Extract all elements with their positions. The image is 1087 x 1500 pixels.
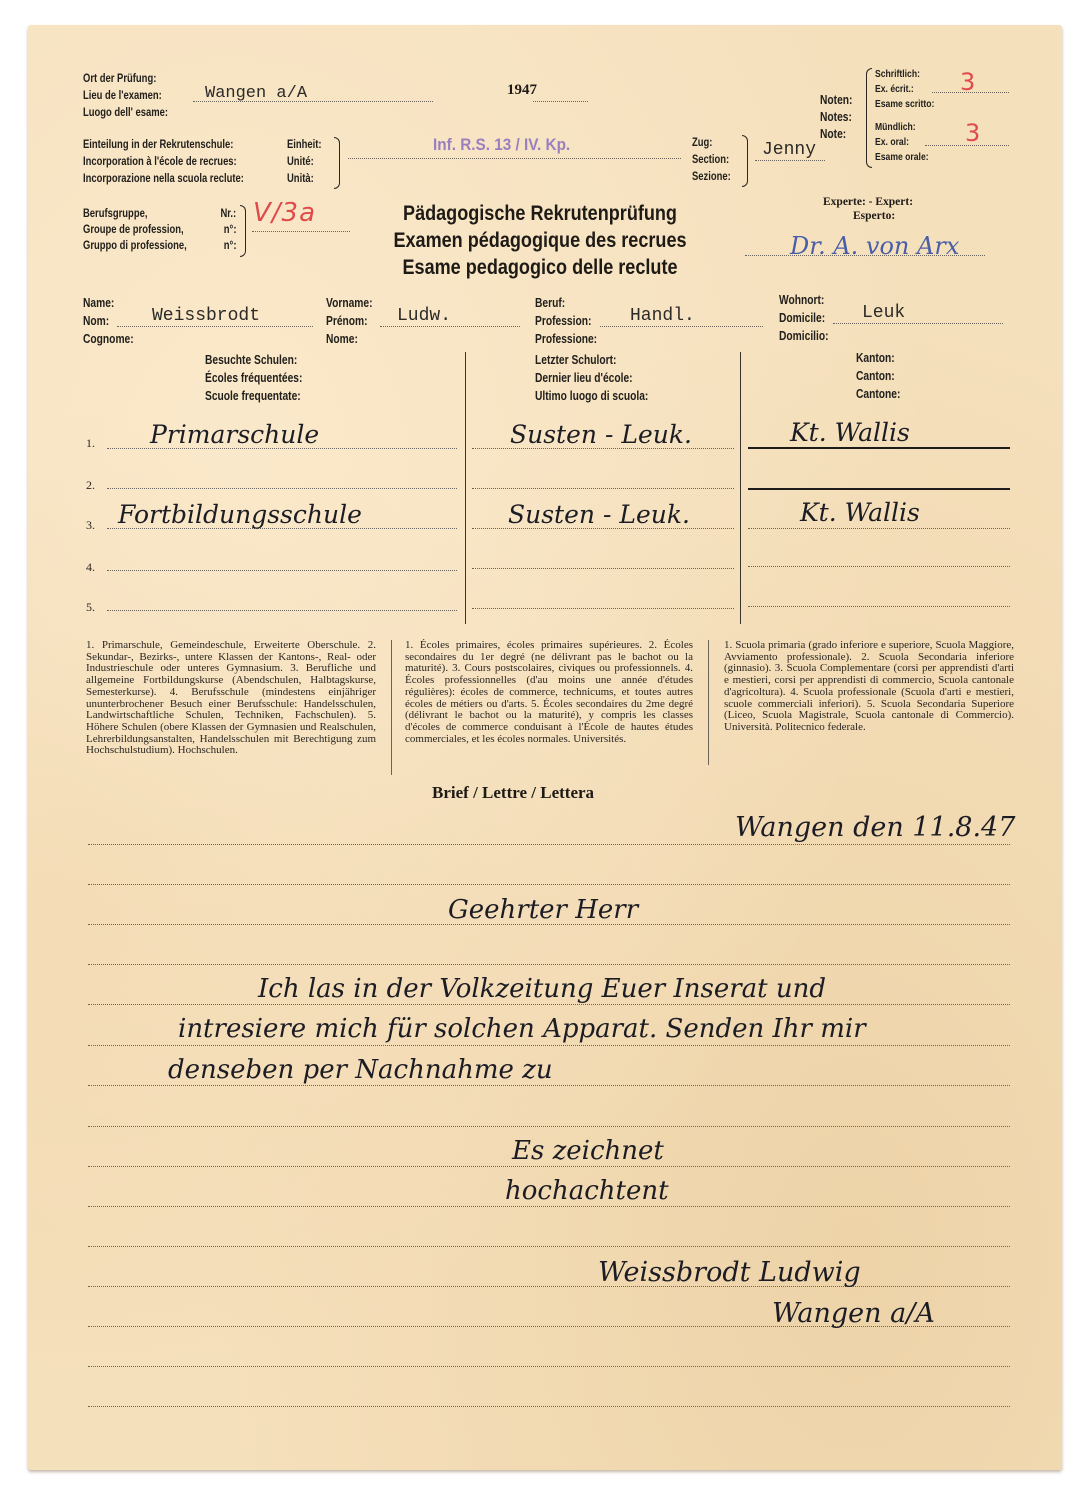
grades-brace [866,68,872,168]
expert-label-line1: Experte: - Expert: [823,196,913,208]
profession-line [600,326,763,327]
last-place-header-it: Ultimo luogo di scuola: [535,388,648,405]
unit-line [348,158,681,159]
canton-header-de: Kanton: [856,350,895,367]
first-name-label-de: Vorname: [326,295,373,312]
schools-column-divider-2 [740,352,741,624]
name-line [117,326,313,327]
oral-label-de: Mündlich: [875,120,916,134]
letter-line[interactable] [88,1004,1010,1005]
domicile-line [833,323,1003,324]
form-title-fr: Examen pédagogique des recrues [359,227,720,254]
school-row-3-place[interactable]: Susten - Leuk. [508,500,690,529]
profession-group-label-it: Gruppo di professione, [83,239,187,255]
name-value[interactable]: Weissbrodt [152,306,260,326]
profession-value[interactable]: Handl. [630,306,695,326]
school-row-5-place-line[interactable] [472,608,734,609]
unit-brace [334,137,340,189]
letter-heading: Brief / Lettre / Lettera [432,783,594,803]
zug-line [755,160,825,161]
school-row-1-canton[interactable]: Kt. Wallis [790,418,910,447]
profession-group-line [252,231,350,232]
grades-label-fr: Notes: [820,109,852,126]
unit-label-fr: Incorporation à l'école de recrues: [83,155,237,171]
schools-header-de: Besuchte Schulen: [205,352,297,369]
exam-place-label-it: Luogo dell' esame: [83,106,168,122]
first-name-value[interactable]: Ludw. [397,306,451,326]
written-label-de: Schriftlich: [875,67,920,81]
oral-label-fr: Ex. oral: [875,135,909,149]
letter-line[interactable] [88,844,1010,845]
school-row-4-canton-line[interactable] [748,566,1010,567]
expert-label-line2: Esperto: [853,210,895,222]
letter-line[interactable] [88,884,1010,885]
school-row-4-place-line[interactable] [472,568,734,569]
footnote-divider-1 [391,640,392,775]
school-row-3-school[interactable]: Fortbildungsschule [118,500,362,529]
canton-row-1-rule [748,447,1010,449]
exam-place-value[interactable]: Wangen a/A [205,84,307,103]
letter-line[interactable] [88,1286,1010,1287]
letter-line[interactable] [88,964,1010,965]
school-row-2-num: 2. [86,478,95,493]
letter-salutation[interactable]: Geehrter Herr [448,895,638,925]
profession-label-it: Professione: [535,331,597,348]
letter-line[interactable] [88,1206,1010,1207]
school-row-1-school[interactable]: Primarschule [150,420,319,449]
domicile-label-it: Domicilio: [779,328,829,345]
profession-label-de: Beruf: [535,295,565,312]
zug-value[interactable]: Jenny [762,140,816,160]
footnote-de: 1. Primarschule, Gemeindeschule, Erweite… [86,640,376,757]
school-row-5-line[interactable] [107,610,457,611]
letter-line[interactable] [88,1045,1010,1046]
school-row-2-line[interactable] [107,488,457,489]
first-name-line [380,326,520,327]
grades-label-it: Note: [820,126,846,143]
letter-line[interactable] [88,1366,1010,1367]
expert-signature[interactable]: Dr. A. von Arx [790,232,959,260]
canton-header-it: Cantone: [856,386,900,403]
schools-header-it: Scuole frequentate: [205,388,301,405]
school-row-2-place-line[interactable] [472,488,734,489]
written-label-fr: Ex. écrit.: [875,82,914,96]
first-name-label-it: Nome: [326,331,358,348]
written-label-it: Esame scritto: [875,97,934,111]
letter-signature[interactable]: Weissbrodt Ludwig [598,1257,861,1288]
profession-label-fr: Profession: [535,313,591,330]
exam-date-line[interactable] [533,101,588,102]
letter-line[interactable] [88,1126,1010,1127]
letter-line[interactable] [88,1085,1010,1086]
domicile-value[interactable]: Leuk [862,303,905,323]
name-label-de: Name: [83,295,114,312]
letter-line[interactable] [88,1246,1010,1247]
letter-line[interactable] [88,1406,1010,1407]
letter-line[interactable] [88,1166,1010,1167]
school-row-3-canton[interactable]: Kt. Wallis [800,498,920,527]
zug-label-it: Sezione: [692,170,731,186]
written-grade[interactable]: 3 [960,68,975,96]
school-row-5-num: 5. [86,600,95,615]
profession-group-label-fr: Groupe de profession, [83,223,184,239]
profession-nr-label-de: Nr.: [220,207,236,223]
unit-sub-label-de: Einheit: [287,138,322,154]
unit-sub-label-fr: Unité: [287,155,314,171]
unit-label-de: Einteilung in der Rekrutenschule: [83,138,233,154]
footnote-divider-2 [708,640,709,765]
zug-brace [742,135,748,187]
school-row-3-canton-line [748,528,1010,529]
first-name-label-fr: Prénom: [326,313,368,330]
domicile-label-fr: Domicile: [779,310,825,327]
profession-group-brace [240,205,246,257]
footnote-fr: 1. Écoles primaires, écoles primaires su… [405,640,693,745]
school-row-4-line[interactable] [107,570,457,571]
school-row-5-canton-line[interactable] [748,606,1010,607]
school-row-4-num: 4. [86,560,95,575]
domicile-label-de: Wohnort: [779,292,824,309]
grades-label-de: Noten: [820,92,852,109]
oral-label-it: Esame orale: [875,150,929,164]
letter-signature-place[interactable]: Wangen a/A [772,1298,935,1329]
unit-stamp[interactable]: Inf. R.S. 13 / IV. Kp. [433,135,570,155]
last-place-header-fr: Dernier lieu d'école: [535,370,633,387]
form-title: Pädagogische Rekrutenprüfung Examen péda… [359,200,720,281]
canton-row-2-rule [748,488,1010,490]
school-row-1-num: 1. [86,436,95,451]
name-label-it: Cognome: [83,331,134,348]
school-row-3-num: 3. [86,518,95,533]
profession-nr-label-fr: n°: [223,223,236,239]
letter-body-line-1[interactable]: Ich las in der Volkzeitung Euer Inserat … [258,974,826,1004]
name-label-fr: Nom: [83,313,109,330]
form-title-de: Pädagogische Rekrutenprüfung [359,200,720,227]
exam-place-label-de: Ort der Prüfung: [83,72,156,88]
profession-nr-label-it: n°: [223,239,236,255]
zug-label-fr: Section: [692,153,729,169]
letter-body-line-3[interactable]: denseben per Nachnahme zu [168,1055,553,1085]
oral-grade[interactable]: 3 [965,119,980,147]
school-row-1-place[interactable]: Susten - Leuk. [510,420,692,449]
form-title-it: Esame pedagogico delle reclute [359,254,720,281]
schools-header-fr: Écoles fréquentées: [205,370,302,387]
schools-column-divider-1 [465,352,466,624]
unit-label-it: Incorporazione nella scuola reclute: [83,172,244,188]
profession-group-label-de: Berufsgruppe, [83,207,147,223]
last-place-header-de: Letzter Schulort: [535,352,616,369]
letter-date[interactable]: Wangen den 11.8.47 [735,812,1015,843]
letter-body-line-2[interactable]: intresiere mich für solchen Apparat. Sen… [178,1014,866,1044]
footnote-it: 1. Scuola primaria (grado inferiore e su… [724,640,1014,734]
letter-closing-line-1[interactable]: Es zeichnet [512,1136,664,1166]
exam-place-label-fr: Lieu de l'examen: [83,89,162,105]
canton-header-fr: Canton: [856,368,895,385]
exam-year: 1947 [507,82,537,99]
zug-label-de: Zug: [692,136,712,152]
unit-sub-label-it: Unità: [287,172,314,188]
letter-closing-line-2[interactable]: hochachtent [505,1176,669,1206]
profession-group-value[interactable]: V/3a [253,198,316,228]
